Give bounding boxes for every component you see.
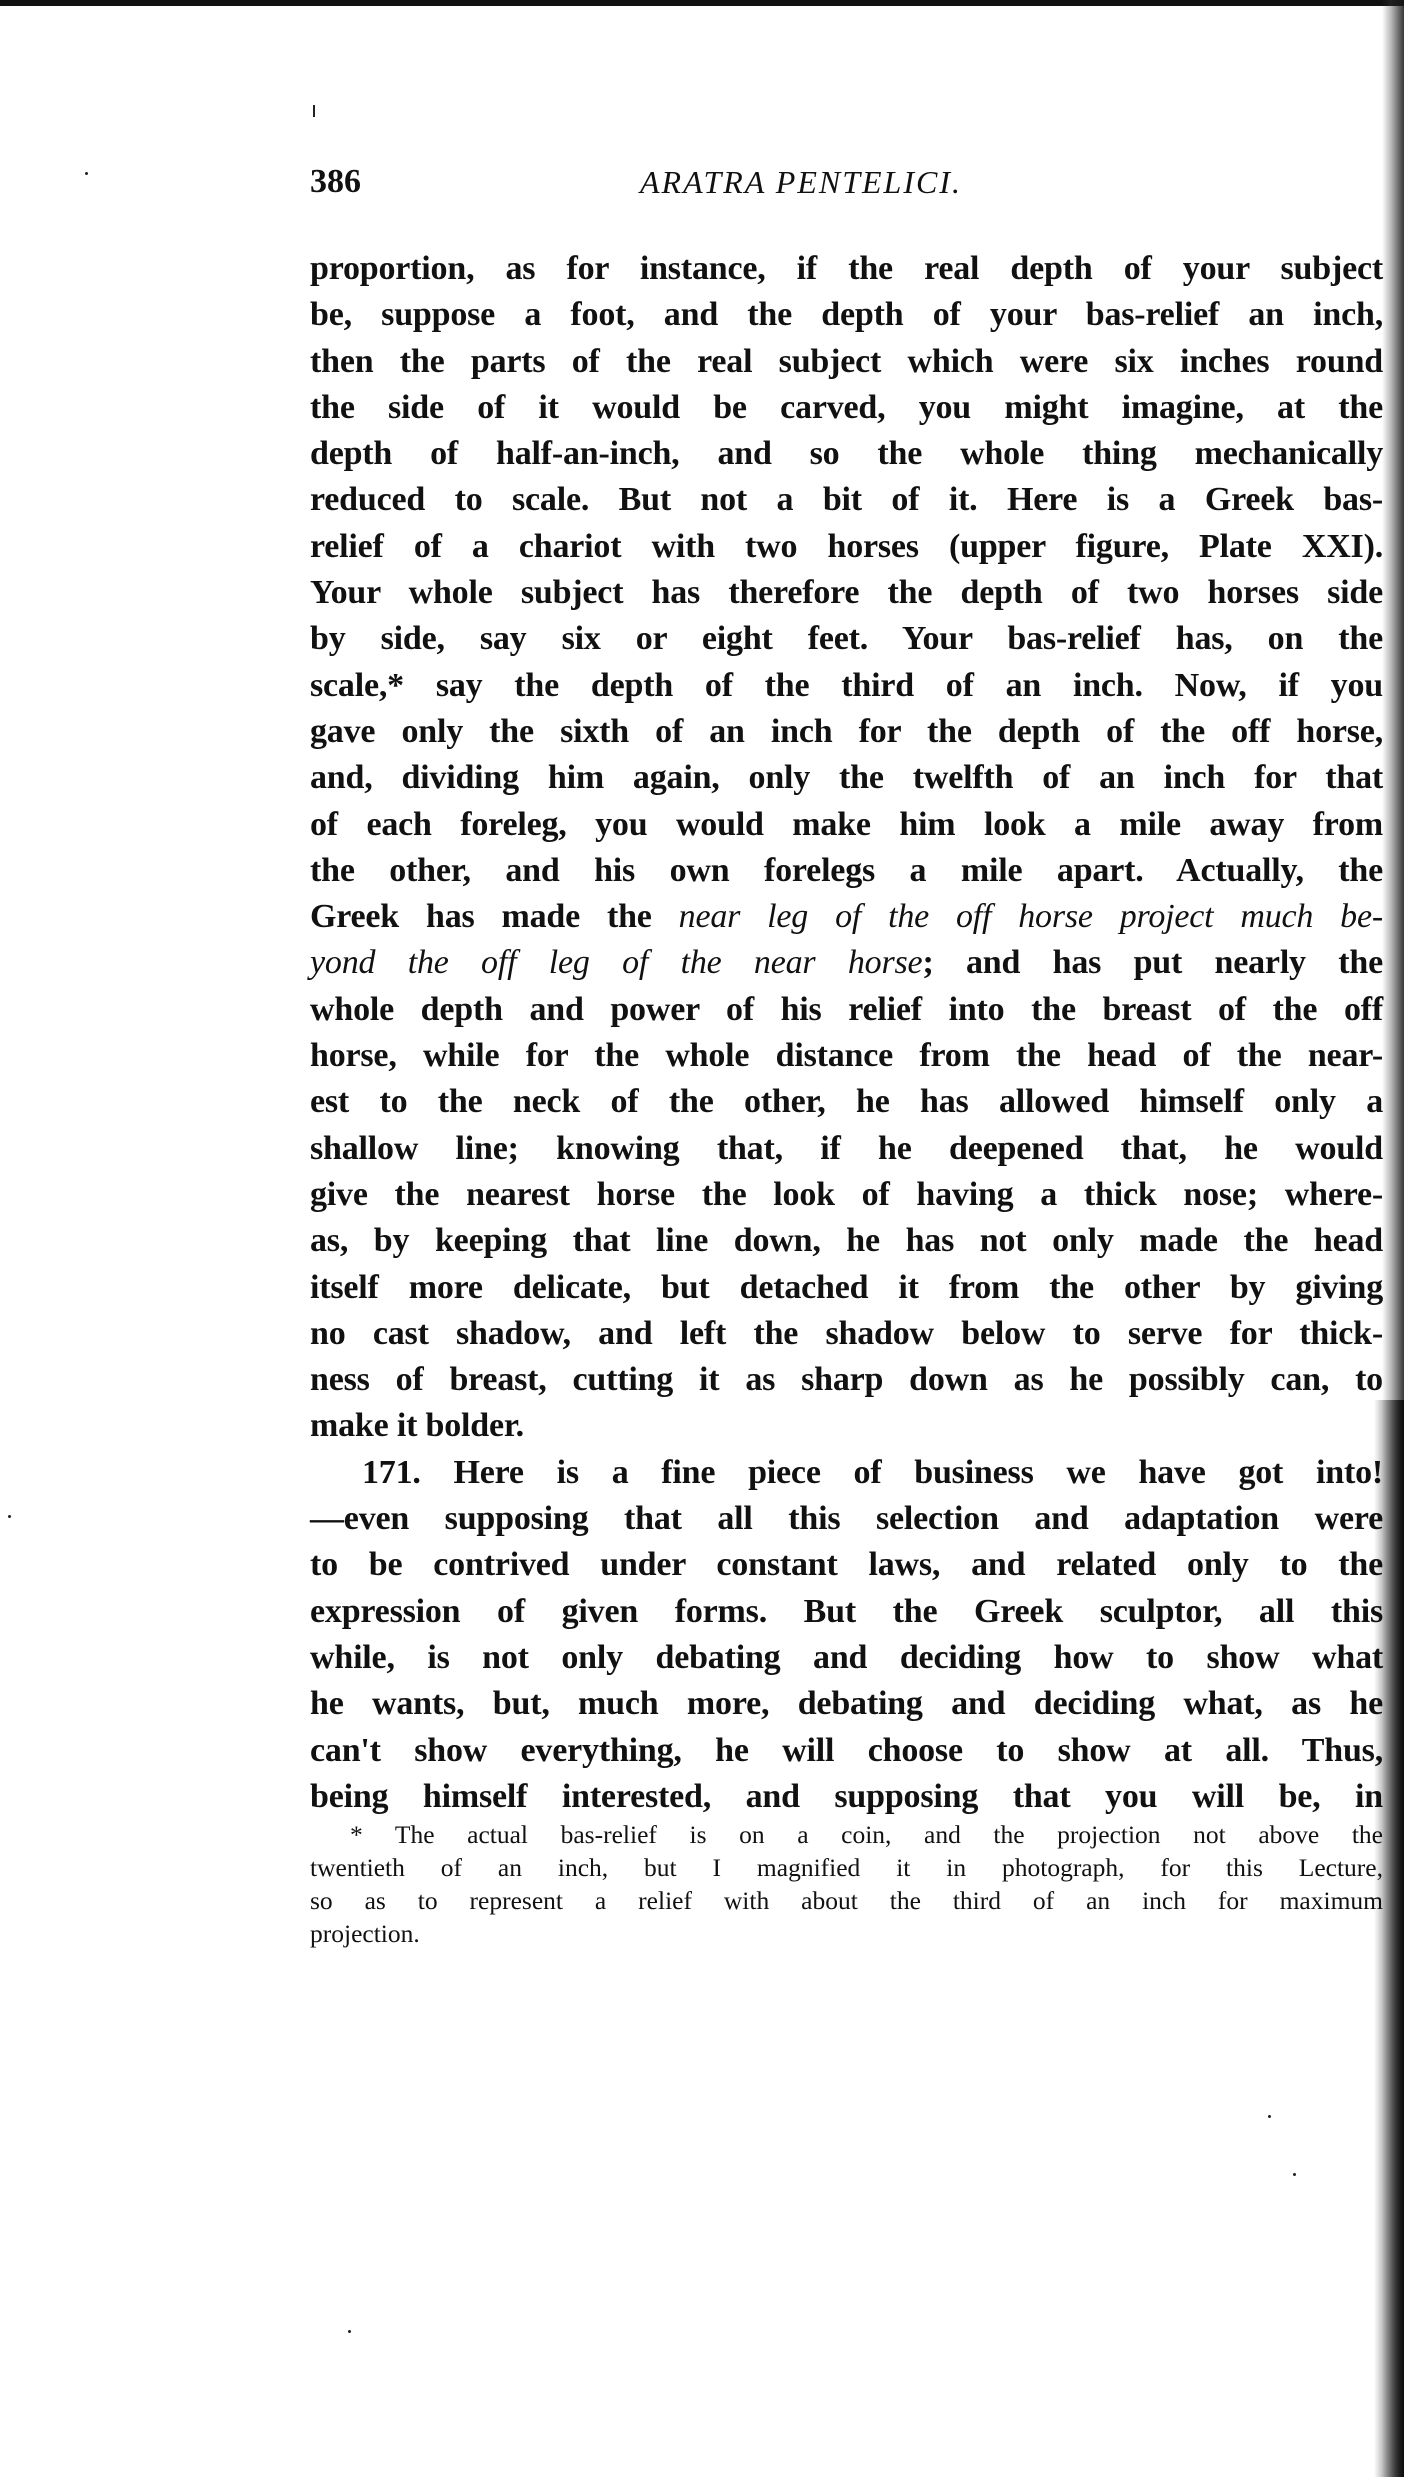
scan-speck [85,172,88,175]
text-line: be, suppose a foot, and the depth of you… [310,292,1383,338]
text-line-with-italic: yond the off leg of the near horse; and … [310,940,1383,986]
text-line: can't show everything, he will choose to… [310,1728,1383,1774]
text-line: depth of half-an-inch, and so the whole … [310,431,1383,477]
text-line: by side, say six or eight feet. Your bas… [310,616,1383,662]
text-line: while, is not only debating and deciding… [310,1635,1383,1681]
text-line: no cast shadow, and left the shadow belo… [310,1311,1383,1357]
scan-speck [313,105,315,117]
footnote-line: twentieth of an inch, but I magnified it… [310,1851,1383,1884]
text-line: scale,* say the depth of the third of an… [310,663,1383,709]
scan-speck [1293,2173,1296,2176]
text-line: being himself interested, and supposing … [310,1774,1383,1820]
italic-emphasis: near leg of the off horse project much b… [679,898,1383,935]
text-run: Greek has made the [310,898,679,935]
text-line: the other, and his own forelegs a mile a… [310,848,1383,894]
scan-speck [8,1515,11,1518]
text-line: whole depth and power of his relief into… [310,987,1383,1033]
text-line: itself more delicate, but detached it fr… [310,1265,1383,1311]
text-line: and, dividing him again, only the twelft… [310,755,1383,801]
section-171-heading-line: 171. Here is a fine piece of business we… [310,1450,1383,1496]
text-line-with-italic: Greek has made the near leg of the off h… [310,894,1383,940]
body-text: proportion, as for instance, if the real… [310,246,1383,1820]
text-line: gave only the sixth of an inch for the d… [310,709,1383,755]
text-line: give the nearest horse the look of havin… [310,1172,1383,1218]
footnote: * The actual bas-relief is on a coin, an… [310,1818,1383,1950]
running-title: ARATRA PENTELICI. [640,160,962,204]
footnote-line: projection. [310,1917,1383,1950]
text-line: the side of it would be carved, you migh… [310,385,1383,431]
text-line: —even supposing that all this selection … [310,1496,1383,1542]
text-line: reduced to scale. But not a bit of it. H… [310,477,1383,523]
page-header: 386 ARATRA PENTELICI. [310,160,1383,204]
scan-top-border [0,0,1404,6]
text-run: ; and has put nearly the [922,944,1383,981]
text-line: shallow line; knowing that, if he deepen… [310,1126,1383,1172]
text-line: Your whole subject has therefore the dep… [310,570,1383,616]
text-line: est to the neck of the other, he has all… [310,1079,1383,1125]
footnote-line: so as to represent a relief with about t… [310,1884,1383,1917]
text-line: of each foreleg, you would make him look… [310,802,1383,848]
text-line: as, by keeping that line down, he has no… [310,1218,1383,1264]
footnote-line: * The actual bas-relief is on a coin, an… [310,1818,1383,1851]
page-number: 386 [310,160,361,204]
text-line: expression of given forms. But the Greek… [310,1589,1383,1635]
text-line: horse, while for the whole distance from… [310,1033,1383,1079]
text-line: make it bolder. [310,1403,1383,1449]
text-line: to be contrived under constant laws, and… [310,1542,1383,1588]
text-line: ness of breast, cutting it as sharp down… [310,1357,1383,1403]
scan-speck [348,2330,351,2333]
text-line: he wants, but, much more, debating and d… [310,1681,1383,1727]
text-line: relief of a chariot with two horses (upp… [310,524,1383,570]
scan-speck [1268,2115,1271,2118]
italic-emphasis: yond the off leg of the near horse [310,944,922,981]
text-line: proportion, as for instance, if the real… [310,246,1383,292]
text-line: then the parts of the real subject which… [310,339,1383,385]
